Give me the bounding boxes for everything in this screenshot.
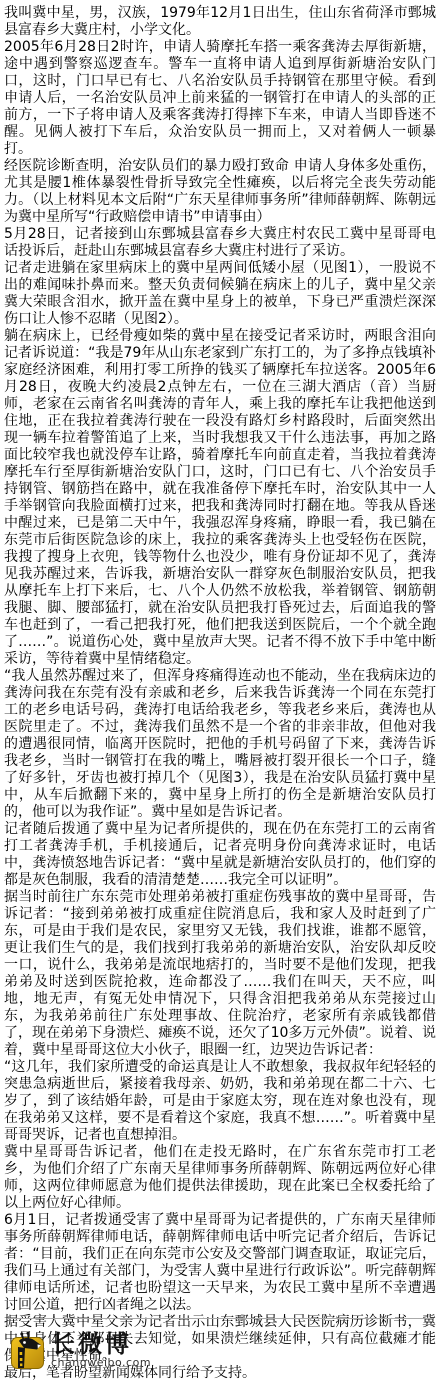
changweibo-logo: 长微博 changweibo.com: [11, 1332, 440, 1369]
paragraph: 6月1日，记者拨通受害了冀中星哥哥为记者提供的，广东南天星律师事务所薛朝辉律师电…: [4, 1212, 436, 1314]
paragraph: “我人虽然苏醒过来了，但浑身疼痛得连动也不能动，坐在我病床边的龚涛问我在东莞有没…: [4, 668, 436, 821]
paragraph: 冀中星哥哥告诉记者，他们在走投无路时，在广东省东莞市打工老乡，为他们介绍了广东南…: [4, 1144, 436, 1212]
article-body: 我叫冀中星，男，汉族，1979年12月1日出生，住山东省荷泽市鄄城县富春乡大冀庄…: [0, 0, 440, 1382]
logo-brand-text: 长微博: [51, 1332, 151, 1356]
logo-text-column: 长微博 changweibo.com: [51, 1332, 151, 1369]
giraffe-icon: [11, 1332, 44, 1369]
paragraph: 5月28日，记者接到山东鄄城县富春乡大冀庄村农民工冀中星哥哥电话投诉后，赶赴山东…: [4, 226, 436, 260]
paragraph: “这几年，我们家所遭受的命运真是让人不敢想象，我叔叔年纪轻轻的突患急病逝世后，紧…: [4, 1059, 436, 1144]
footer-divider: [7, 1318, 433, 1319]
watermark-footer: 长微博 changweibo.com: [0, 1318, 440, 1369]
paragraph: 记者走进躺在家里病床上的冀中星两间低矮小屋（见图1），一股说不出的难闻味扑鼻而来…: [4, 260, 436, 328]
paragraph: 记者随后拨通了冀中星为记者所提供的，现在仍在东莞打工的云南省打工者龚涛手机，手机…: [4, 821, 436, 889]
paragraph: 我叫冀中星，男，汉族，1979年12月1日出生，住山东省荷泽市鄄城县富春乡大冀庄…: [4, 5, 436, 39]
paragraph: 据当时前往广东东莞市处理弟弟被打重症伤残事故的冀中星哥哥，告诉记者：“接到弟弟被…: [4, 889, 436, 1059]
paragraph: 经医院诊断查明，治安队员们的暴力殴打致命 申请人身体多处重伤，尤其是腰1椎体暴裂…: [4, 158, 436, 226]
logo-domain-text: changweibo.com: [51, 1356, 151, 1369]
paragraph: 2005年6月28日2时许，申请人骑摩托车搭一乘客龚涛去厚街新塘，途中遇到警察巡…: [4, 39, 436, 158]
paragraph: 躺在病床上，已经骨瘦如柴的冀中星在接受记者采访时，两眼含泪向记者诉说道：“我是7…: [4, 328, 436, 668]
